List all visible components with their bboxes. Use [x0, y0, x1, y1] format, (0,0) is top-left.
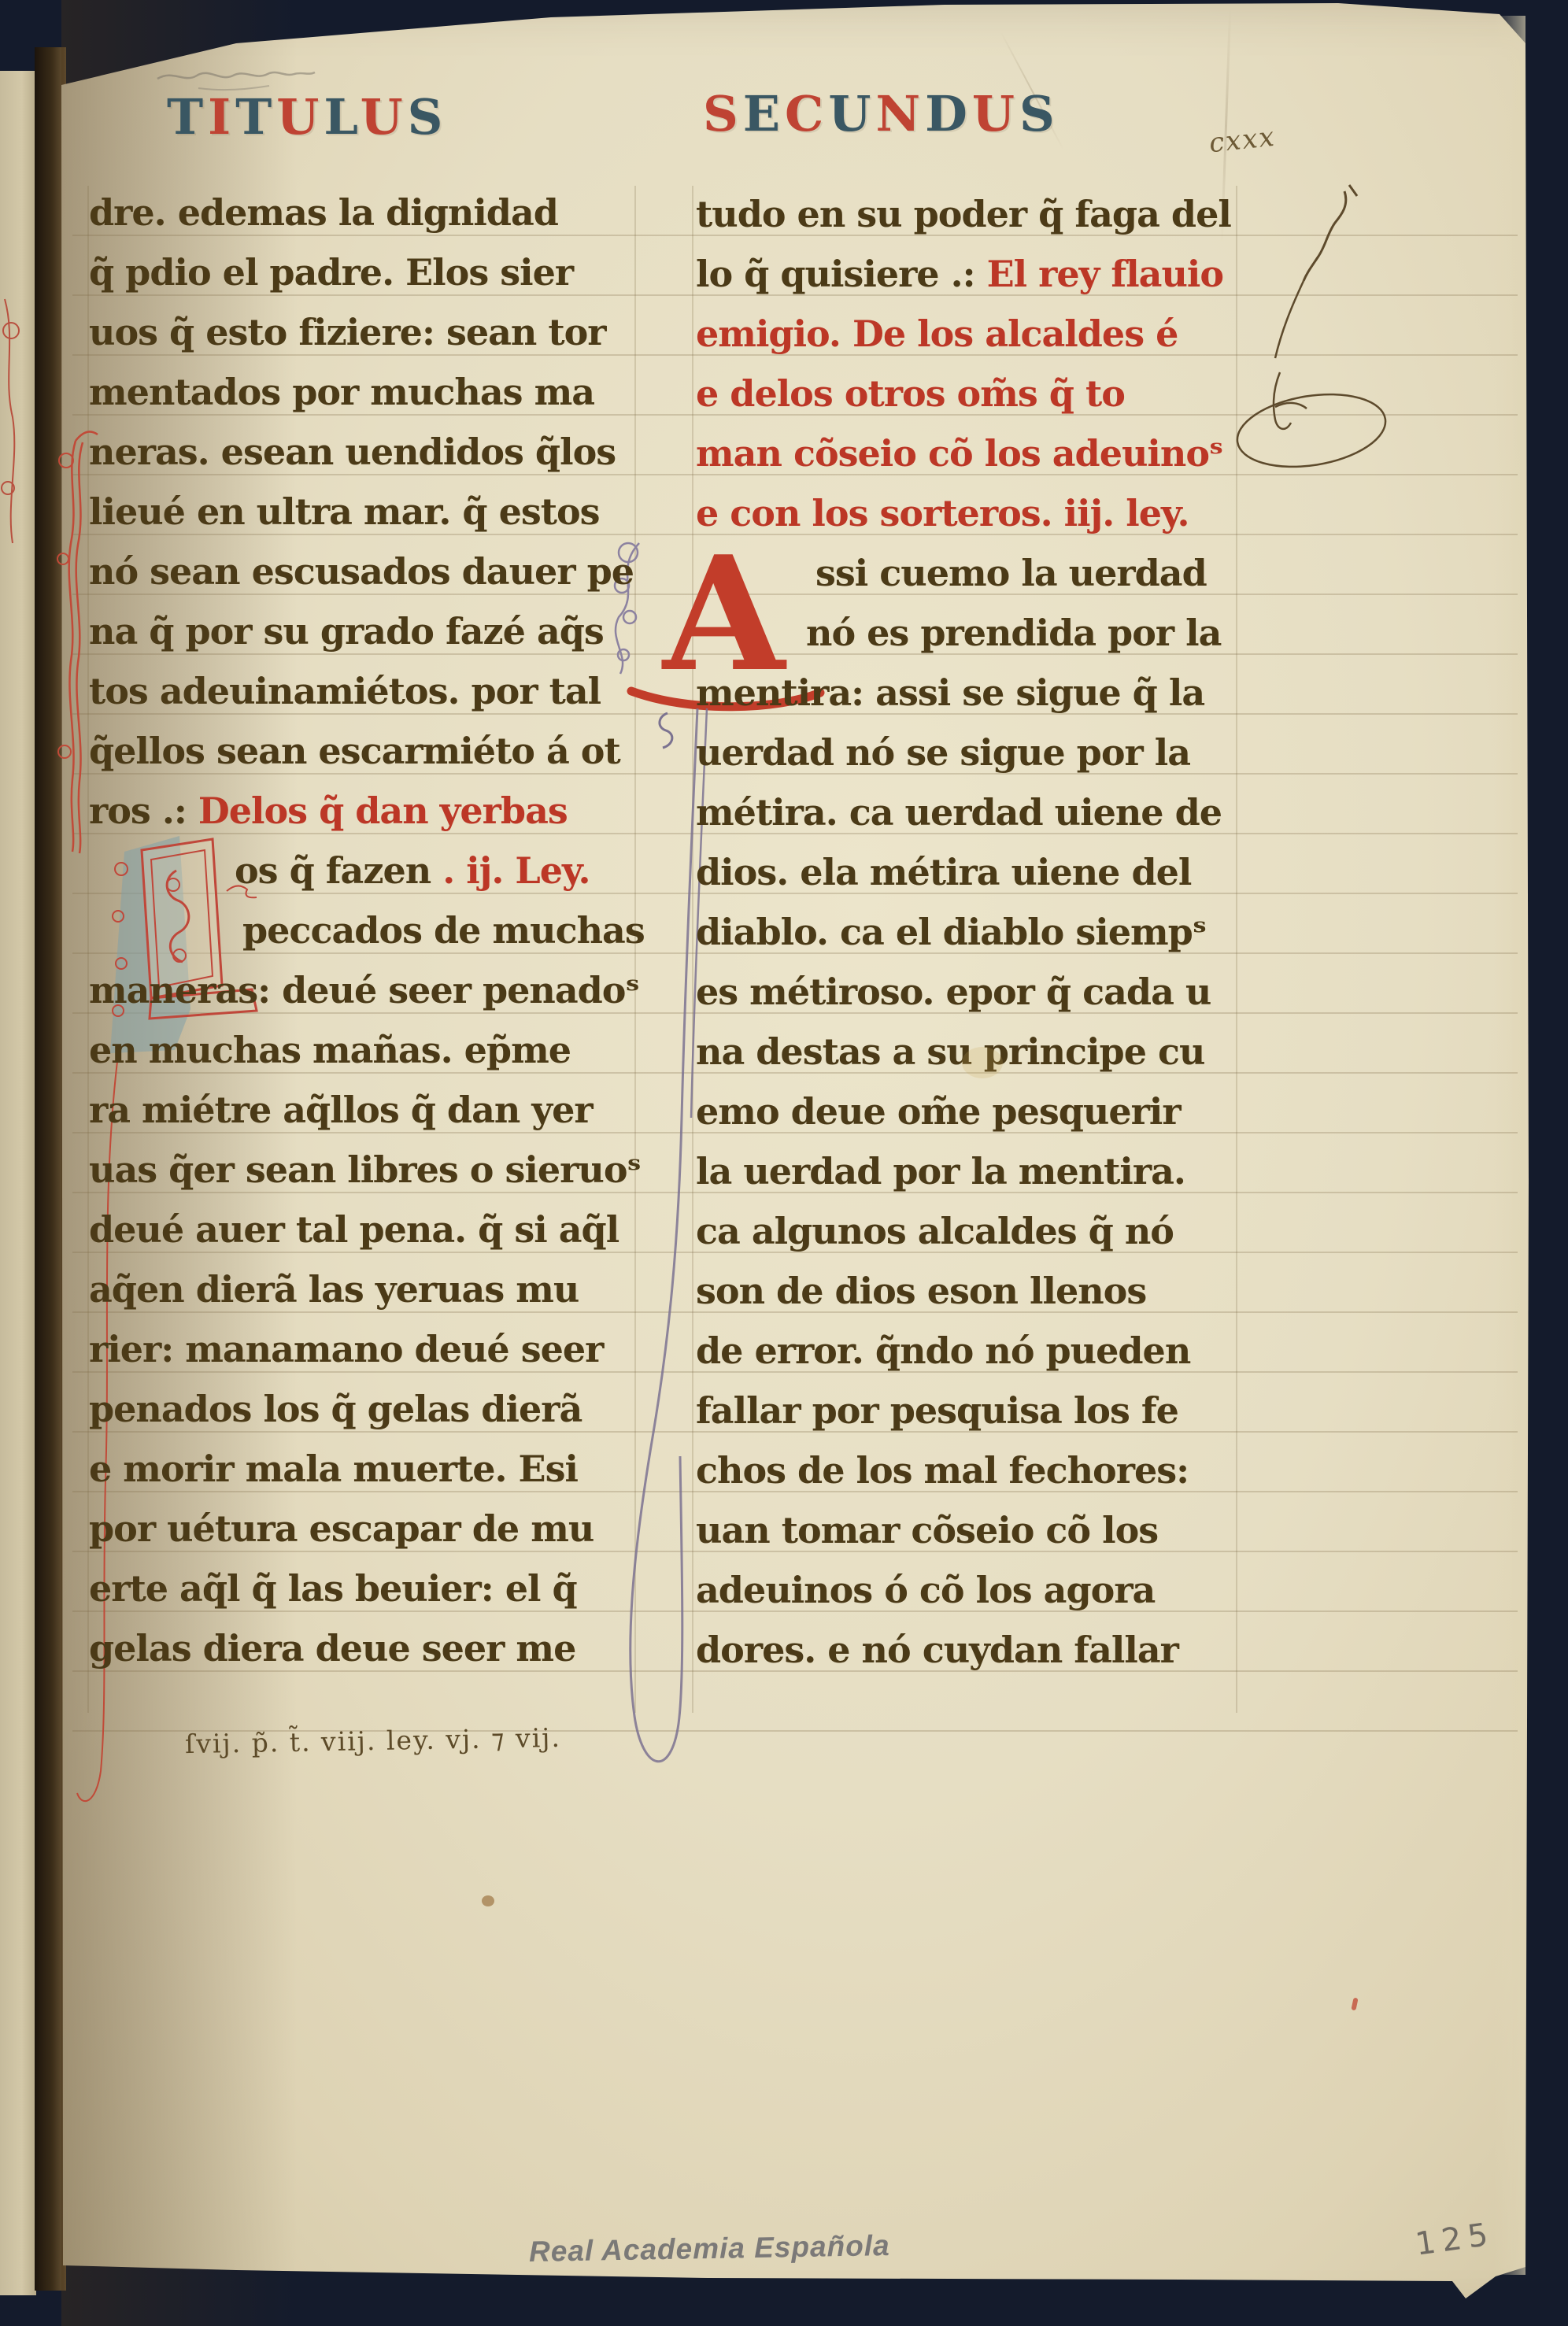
body-text: neras. esean uendidos q̃los: [89, 431, 616, 473]
body-text: na destas a su principe cu: [696, 1030, 1204, 1073]
text-column-left: dre. edemas la dignidadq̃ pdio el padre.…: [89, 187, 656, 1754]
header-letter: U: [828, 85, 875, 142]
header-letter: S: [703, 85, 743, 142]
header-letter: U: [276, 88, 324, 146]
manuscript-line: neras. esean uendidos q̃los: [89, 427, 616, 477]
body-text: uerdad nó se sigue por la: [696, 731, 1190, 774]
body-text: uas q̃er sean libres o sieruoˢ: [89, 1148, 641, 1191]
manuscript-line: na destas a su principe cu: [696, 1026, 1204, 1077]
body-text: rier: manamano deué seer: [89, 1328, 603, 1370]
manuscript-line: uan tomar cõseio cõ los: [696, 1505, 1158, 1555]
rubric-text: . ij. Ley.: [442, 849, 590, 892]
rubric-text: man cõseio cõ los adeuinoˢ: [696, 432, 1222, 475]
body-text: fallar por pesquisa los fe: [696, 1389, 1178, 1432]
body-text: por uétura escapar de mu: [89, 1507, 594, 1550]
body-text: penados los q̃ gelas dierã: [89, 1388, 582, 1430]
text-column-right: tudo en su poder q̃ faga dello q̃ quisie…: [696, 189, 1263, 1755]
body-text: nó es prendida por la: [806, 612, 1221, 654]
rubric-text: emigio. De los alcaldes é: [696, 312, 1178, 355]
body-text: es métiroso. epor q̃ cada u: [696, 971, 1211, 1013]
manuscript-line: lo q̃ quisiere .: El rey flauio: [696, 249, 1223, 299]
body-text: dios. ela métira uiene del: [696, 851, 1191, 893]
body-text: dores. e nó cuydan fallar: [696, 1629, 1178, 1671]
manuscript-line: chos de los mal fechores:: [696, 1445, 1189, 1496]
library-watermark: Real Academia Española: [529, 2229, 890, 2269]
body-text: lieué en ultra mar. q̃ estos: [89, 490, 600, 533]
body-text: ros .:: [89, 790, 187, 832]
manuscript-line: métira. ca uerdad uiene de: [696, 787, 1222, 838]
body-text: dre. edemas la dignidad: [89, 191, 558, 234]
header-letter: T: [167, 88, 208, 146]
manuscript-line: gelas diera deue seer me: [89, 1623, 575, 1673]
manuscript-line: penados los q̃ gelas dierã: [89, 1384, 582, 1434]
manuscript-line: la uerdad por la mentira.: [696, 1146, 1185, 1196]
manuscript-line: emigio. De los alcaldes é: [696, 309, 1178, 359]
body-text: deué auer tal pena. q̃ si aq̃l: [89, 1208, 619, 1251]
manuscript-line: erte aq̃l q̃ las beuier: el q̃: [89, 1563, 577, 1614]
body-text: métira. ca uerdad uiene de: [696, 791, 1222, 834]
manuscript-line: e morir mala muerte. Esi: [89, 1444, 578, 1494]
manuscript-line: ra miétre aq̃llos q̃ dan yer: [89, 1085, 593, 1135]
header-letter: S: [408, 88, 448, 146]
manuscript-line: en muchas mañas. ep̃me: [89, 1025, 571, 1075]
manuscript-line: mentados por muchas ma: [89, 367, 594, 417]
manuscript-line: por uétura escapar de mu: [89, 1503, 594, 1554]
manuscript-line: fallar por pesquisa los fe: [696, 1385, 1178, 1436]
manuscript-line: tudo en su poder q̃ faga del: [696, 189, 1231, 239]
body-text: gelas diera deue seer me: [89, 1627, 575, 1670]
header-letter: U: [361, 88, 408, 146]
manuscript-line: lieué en ultra mar. q̃ estos: [89, 486, 600, 537]
manuscript-line: diablo. ca el diablo siempˢ: [696, 907, 1206, 957]
manuscript-line: e con los sorteros. iij. ley.: [696, 488, 1189, 538]
body-text: aq̃en dierã las yeruas mu: [89, 1268, 579, 1311]
header-letter: C: [785, 85, 828, 142]
manuscript-line: dores. e nó cuydan fallar: [696, 1625, 1178, 1675]
manuscript-line: aq̃en dierã las yeruas mu: [89, 1264, 579, 1315]
body-text: q̃ellos sean escarmiéto á ot: [89, 730, 620, 772]
manuscript-line: ssi cuemo la uerdad: [815, 548, 1207, 598]
body-text: diablo. ca el diablo siempˢ: [696, 911, 1206, 953]
manuscript-line: nó sean escusados dauer pe: [89, 546, 634, 597]
manuscript-line: nó es prendida por la: [806, 608, 1221, 658]
ink-stain: [482, 1895, 494, 1906]
header-letter: D: [925, 85, 972, 142]
body-text: emo deue om̃e pesquerir: [696, 1090, 1181, 1133]
manuscript-scan: TITULUS SECUNDUS cxxx: [0, 0, 1568, 2326]
manuscript-line: os q̃ fazen . ij. Ley.: [235, 845, 590, 896]
manuscript-line: q̃ pdio el padre. Elos sier: [89, 247, 573, 298]
manuscript-line: uas q̃er sean libres o sieruoˢ: [89, 1145, 641, 1195]
manuscript-line: rier: manamano deué seer: [89, 1324, 603, 1374]
manuscript-line: tos adeuinamiétos. por tal: [89, 666, 601, 716]
manuscript-line: mentira: assi se sigue q̃ la: [696, 667, 1204, 718]
body-text: ca algunos alcaldes q̃ nó: [696, 1210, 1174, 1252]
body-text: tudo en su poder q̃ faga del: [696, 193, 1231, 235]
body-text: mentados por muchas ma: [89, 371, 594, 413]
manuscript-line: maneras: deué seer penadoˢ: [89, 965, 639, 1015]
manuscript-line: ca algunos alcaldes q̃ nó: [696, 1206, 1174, 1256]
manuscript-line: de error. q̃ndo nó pueden: [696, 1326, 1190, 1376]
body-text: os q̃ fazen: [235, 849, 442, 892]
header-letter: I: [208, 88, 235, 146]
manuscript-line: q̃ellos sean escarmiéto á ot: [89, 726, 620, 776]
body-text: ssi cuemo la uerdad: [815, 552, 1207, 594]
body-text: na q̃ por su grado fazé aq̃s: [89, 610, 604, 653]
manuscript-line: uos q̃ esto fiziere: sean tor: [89, 307, 606, 357]
body-text: e morir mala muerte. Esi: [89, 1448, 578, 1490]
body-text: uan tomar cõseio cõ los: [696, 1509, 1158, 1551]
body-text: mentira: assi se sigue q̃ la: [696, 671, 1204, 714]
manuscript-line: es métiroso. epor q̃ cada u: [696, 967, 1211, 1017]
header-letter: S: [1019, 85, 1060, 142]
manuscript-line: e delos otros om̃s q̃ to: [696, 368, 1125, 419]
body-text: erte aq̃l q̃ las beuier: el q̃: [89, 1567, 577, 1610]
body-text: la uerdad por la mentira.: [696, 1150, 1185, 1193]
rubric-text: e delos otros om̃s q̃ to: [696, 372, 1125, 415]
header-title-left: TITULUS: [167, 88, 447, 146]
body-text: maneras: deué seer penadoˢ: [89, 969, 639, 1011]
body-text: ra miétre aq̃llos q̃ dan yer: [89, 1089, 593, 1131]
manuscript-line: adeuinos ó cõ los agora: [696, 1565, 1155, 1615]
manuscript-line: peccados de muchas: [242, 905, 645, 956]
body-text: nó sean escusados dauer pe: [89, 550, 634, 593]
manuscript-line: ros .: Delos q̃ dan yerbas: [89, 786, 568, 836]
header-letter: U: [972, 85, 1019, 142]
header-title-right: SECUNDUS: [703, 85, 1060, 142]
header-letter: L: [324, 88, 360, 146]
manuscript-line: deué auer tal pena. q̃ si aq̃l: [89, 1204, 619, 1255]
body-text: en muchas mañas. ep̃me: [89, 1029, 571, 1071]
manuscript-line: man cõseio cõ los adeuinoˢ: [696, 428, 1222, 479]
body-text: tos adeuinamiétos. por tal: [89, 670, 601, 712]
body-text: lo q̃ quisiere .:: [696, 253, 975, 295]
rubric-text: e con los sorteros. iij. ley.: [696, 492, 1189, 534]
body-text: son de dios eson llenos: [696, 1270, 1146, 1312]
manuscript-line: dre. edemas la dignidad: [89, 187, 558, 238]
manuscript-line: son de dios eson llenos: [696, 1266, 1146, 1316]
margin-annotation-marks: [1244, 177, 1448, 492]
header-letter: N: [875, 85, 925, 142]
manuscript-line: uerdad nó se sigue por la: [696, 727, 1190, 778]
manuscript-line: na q̃ por su grado fazé aq̃s: [89, 606, 604, 656]
footnote-reference: ſvij. p̃. t̃. viij. ley. vj. ⁊ vij.: [185, 1722, 562, 1759]
body-text: de error. q̃ndo nó pueden: [696, 1329, 1190, 1372]
parchment-stain: [962, 1047, 1003, 1078]
manuscript-line: emo deue om̃e pesquerir: [696, 1086, 1181, 1137]
body-text: uos q̃ esto fiziere: sean tor: [89, 311, 606, 353]
body-text: peccados de muchas: [242, 909, 645, 952]
body-text: q̃ pdio el padre. Elos sier: [89, 251, 573, 294]
body-text: adeuinos ó cõ los agora: [696, 1569, 1155, 1611]
body-text: chos de los mal fechores:: [696, 1449, 1189, 1492]
manuscript-line: dios. ela métira uiene del: [696, 847, 1191, 897]
rubric-text: El rey flauio: [975, 253, 1223, 295]
header-letter: E: [743, 85, 785, 142]
header-letter: T: [235, 88, 276, 146]
rubric-text: Delos q̃ dan yerbas: [187, 790, 568, 832]
